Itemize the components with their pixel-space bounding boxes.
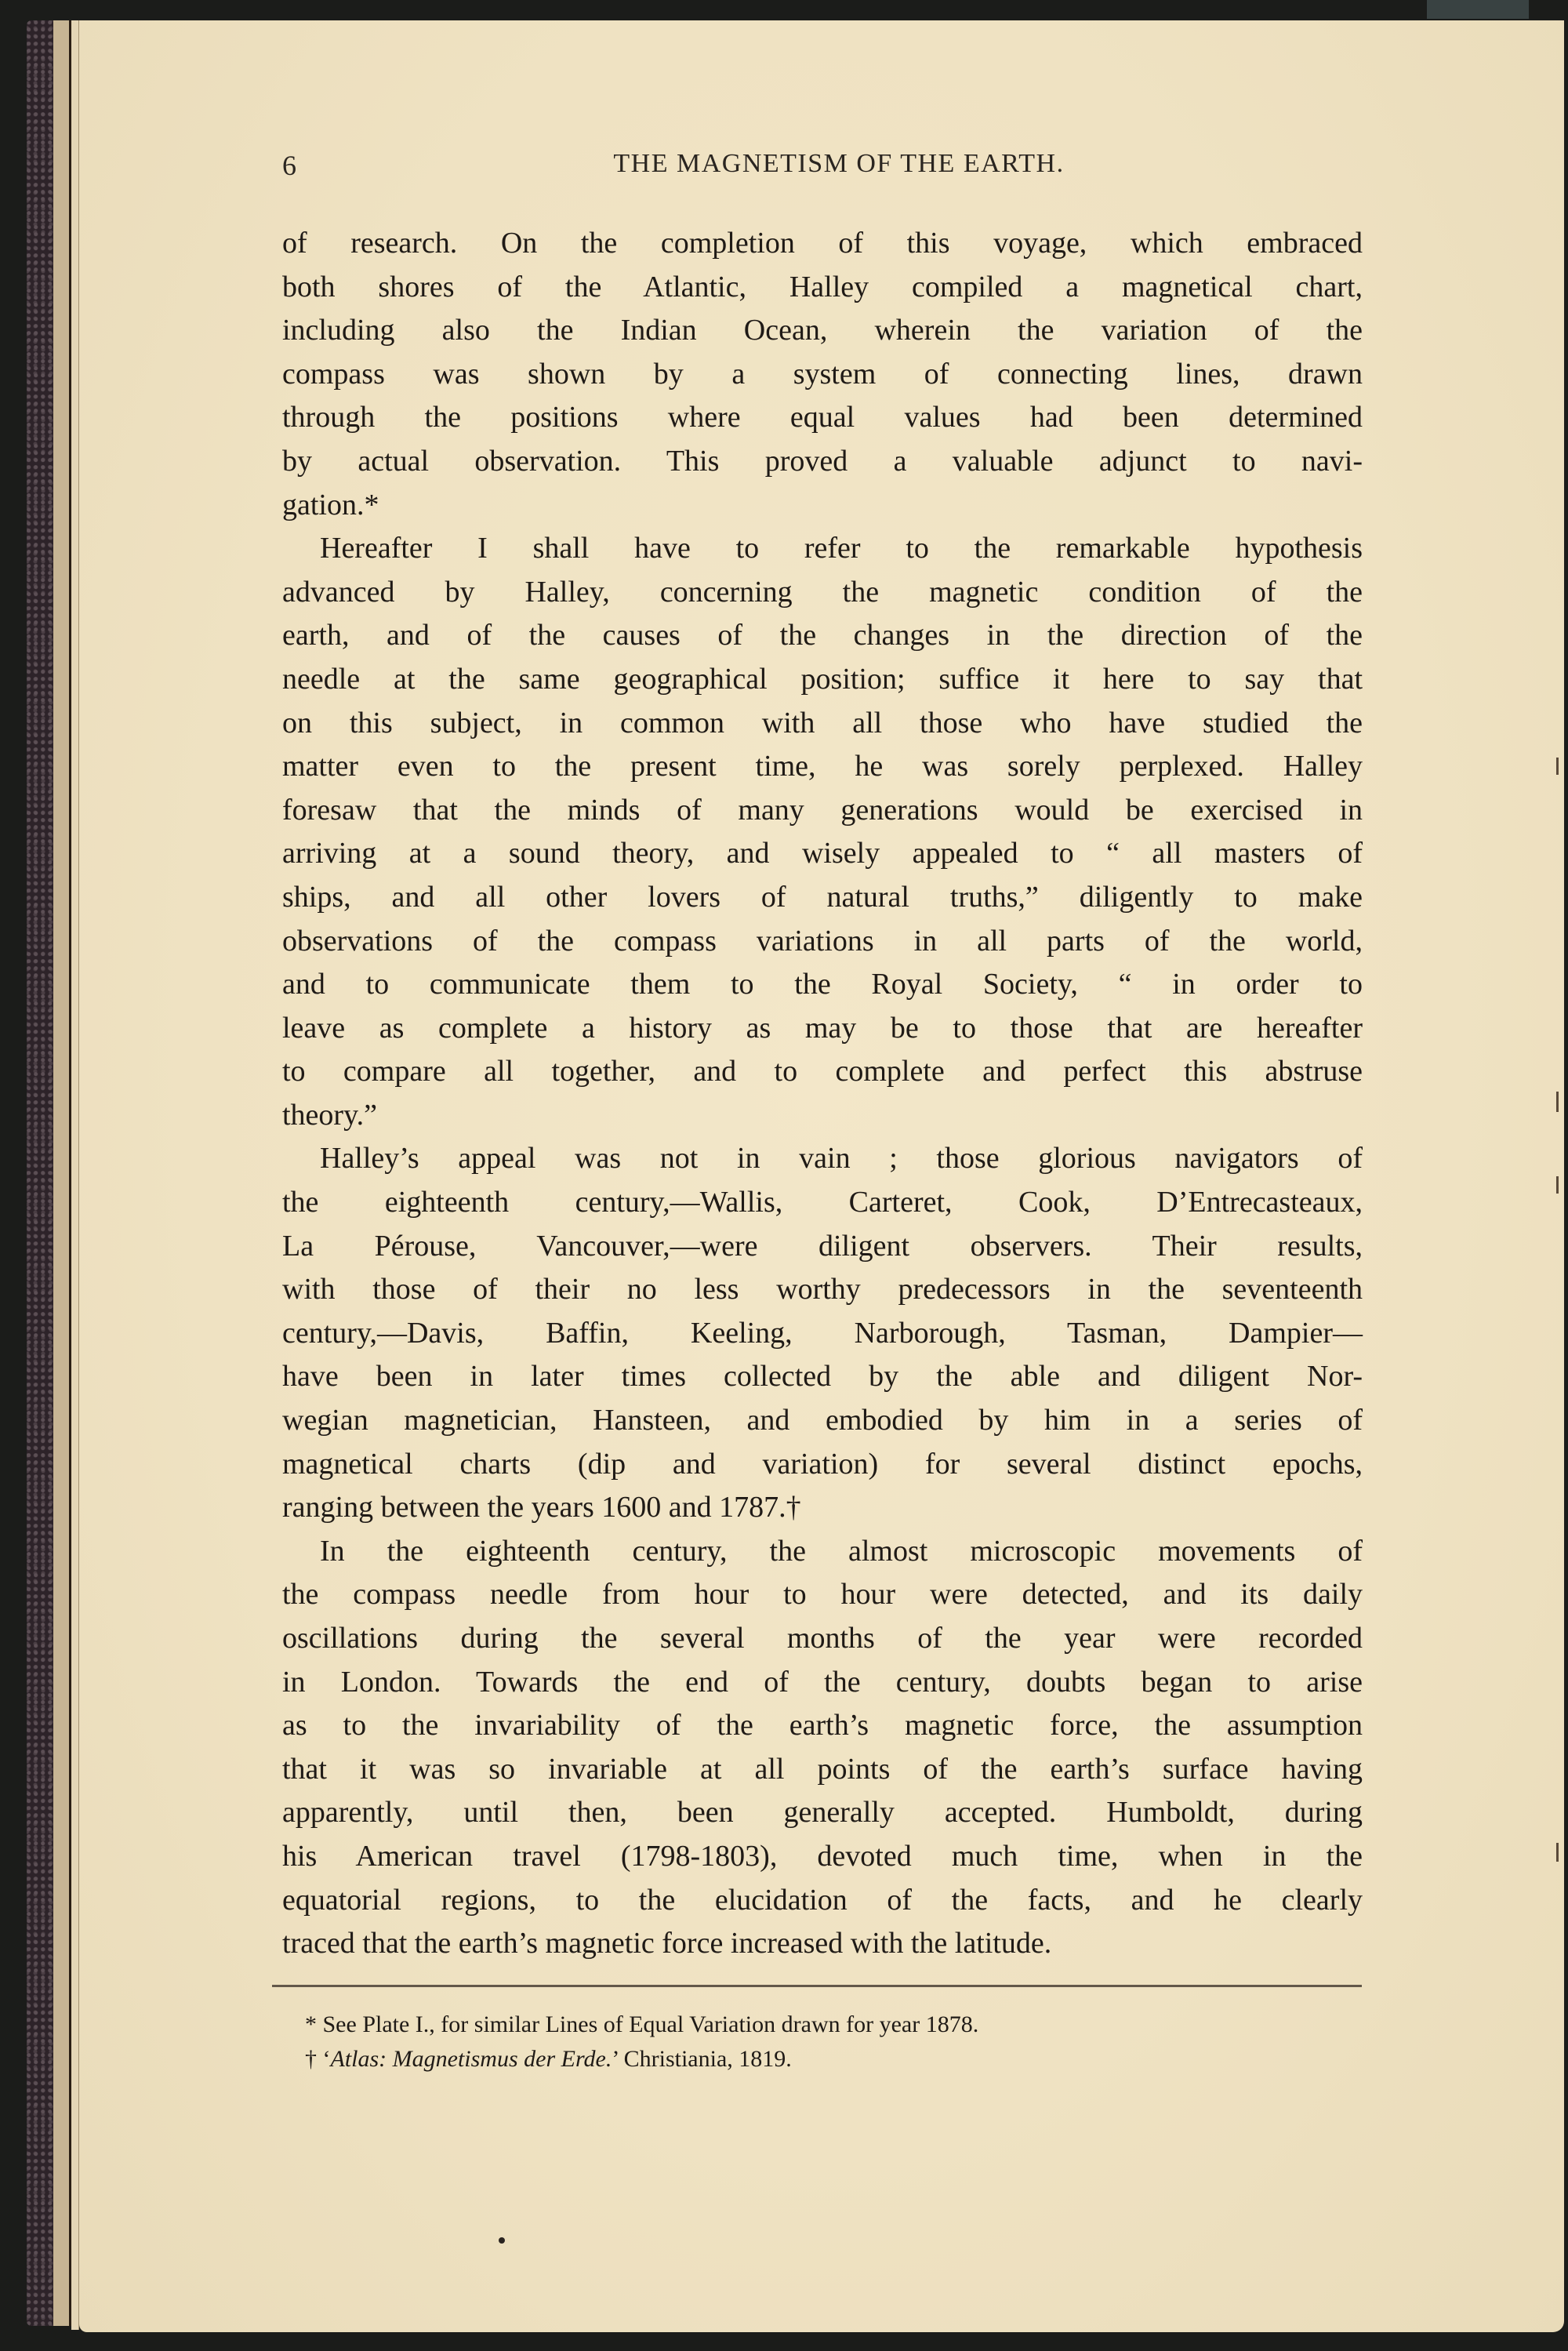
text-line: oscillations during the several months o… bbox=[282, 1617, 1363, 1661]
margin-mark bbox=[1556, 1176, 1559, 1194]
text-line: to compare all together, and to complete… bbox=[282, 1050, 1363, 1094]
margin-mark bbox=[1556, 758, 1559, 775]
footnote-2-quote-open: ‘ bbox=[323, 2046, 331, 2072]
text-line: matter even to the present time, he was … bbox=[282, 745, 1363, 789]
text-line: both shores of the Atlantic, Halley comp… bbox=[282, 266, 1363, 310]
text-line: equatorial regions, to the elucidation o… bbox=[282, 1879, 1363, 1923]
text-line: the compass needle from hour to hour wer… bbox=[282, 1573, 1363, 1617]
text-line: and to communicate them to the Royal Soc… bbox=[282, 963, 1363, 1007]
text-line: his American travel (1798-1803), devoted… bbox=[282, 1835, 1363, 1879]
text-line: gation.* bbox=[282, 484, 1363, 528]
text-line: needle at the same geographical position… bbox=[282, 658, 1363, 702]
footnote-marker-asterisk: * bbox=[305, 2011, 317, 2037]
footnote-1: * See Plate I., for similar Lines of Equ… bbox=[288, 2008, 1370, 2042]
text-line: earth, and of the causes of the changes … bbox=[282, 614, 1363, 658]
text-line: that it was so invariable at all points … bbox=[282, 1748, 1363, 1792]
running-head-title: THE MAGNETISM OF THE EARTH. bbox=[282, 149, 1364, 179]
text-line: traced that the earth’s magnetic force i… bbox=[282, 1922, 1363, 1966]
text-line: ranging between the years 1600 and 1787.… bbox=[282, 1486, 1363, 1530]
footnote-2: † ‘Atlas: Magnetismus der Erde.’ Christi… bbox=[288, 2042, 1370, 2077]
text-line: In the eighteenth century, the almost mi… bbox=[282, 1530, 1363, 1574]
text-line: apparently, until then, been generally a… bbox=[282, 1791, 1363, 1835]
cover-edge bbox=[1427, 0, 1529, 19]
footnote-1-text: See Plate I., for similar Lines of Equal… bbox=[323, 2011, 979, 2037]
footnote-2-quote-close: ’ bbox=[612, 2046, 618, 2072]
text-line: on this subject, in common with all thos… bbox=[282, 702, 1363, 746]
text-line: theory.” bbox=[282, 1094, 1363, 1138]
text-line: as to the invariability of the earth’s m… bbox=[282, 1704, 1363, 1748]
text-line: foresaw that the minds of many generatio… bbox=[282, 789, 1363, 833]
body-text: of research. On the completion of this v… bbox=[282, 222, 1363, 1966]
text-line: ships, and all other lovers of natural t… bbox=[282, 876, 1363, 920]
text-line: including also the Indian Ocean, wherein… bbox=[282, 309, 1363, 353]
text-line: leave as complete a history as may be to… bbox=[282, 1007, 1363, 1051]
book-spine bbox=[27, 20, 55, 2326]
running-head: 6 THE MAGNETISM OF THE EARTH. bbox=[282, 149, 1364, 188]
text-line: in London. Towards the end of the centur… bbox=[282, 1661, 1363, 1705]
footnotes: * See Plate I., for similar Lines of Equ… bbox=[288, 2008, 1370, 2077]
margin-mark bbox=[1556, 1092, 1559, 1112]
text-line: Hereafter I shall have to refer to the r… bbox=[282, 527, 1363, 571]
text-line: observations of the compass variations i… bbox=[282, 920, 1363, 964]
footnote-2-italic-title: Atlas: Magnetismus der Erde. bbox=[331, 2046, 612, 2072]
endpaper-edge bbox=[53, 20, 71, 2326]
footnote-marker-dagger: † bbox=[305, 2046, 317, 2072]
text-line: the eighteenth century,—Wallis, Carteret… bbox=[282, 1181, 1363, 1225]
text-line: of research. On the completion of this v… bbox=[282, 222, 1363, 266]
text-line: with those of their no less worthy prede… bbox=[282, 1268, 1363, 1312]
text-line: wegian magnetician, Hansteen, and embodi… bbox=[282, 1399, 1363, 1443]
footnote-2-rest: Christiania, 1819. bbox=[618, 2046, 792, 2072]
text-line: by actual observation. This proved a val… bbox=[282, 440, 1363, 484]
text-line: compass was shown by a system of connect… bbox=[282, 353, 1363, 397]
text-line: through the positions where equal values… bbox=[282, 396, 1363, 440]
footnote-rule bbox=[272, 1985, 1362, 1987]
text-line: arriving at a sound theory, and wisely a… bbox=[282, 832, 1363, 876]
text-line: advanced by Halley, concerning the magne… bbox=[282, 571, 1363, 615]
text-line: have been in later times collected by th… bbox=[282, 1355, 1363, 1399]
gutter-strip bbox=[71, 20, 79, 2330]
text-line: magnetical charts (dip and variation) fo… bbox=[282, 1443, 1363, 1487]
text-line: century,—Davis, Baffin, Keeling, Narboro… bbox=[282, 1312, 1363, 1356]
ink-speck bbox=[499, 2237, 505, 2244]
text-line: Halley’s appeal was not in vain ; those … bbox=[282, 1137, 1363, 1181]
text-line: La Pérouse, Vancouver,—were diligent obs… bbox=[282, 1225, 1363, 1269]
margin-mark bbox=[1556, 1843, 1559, 1862]
